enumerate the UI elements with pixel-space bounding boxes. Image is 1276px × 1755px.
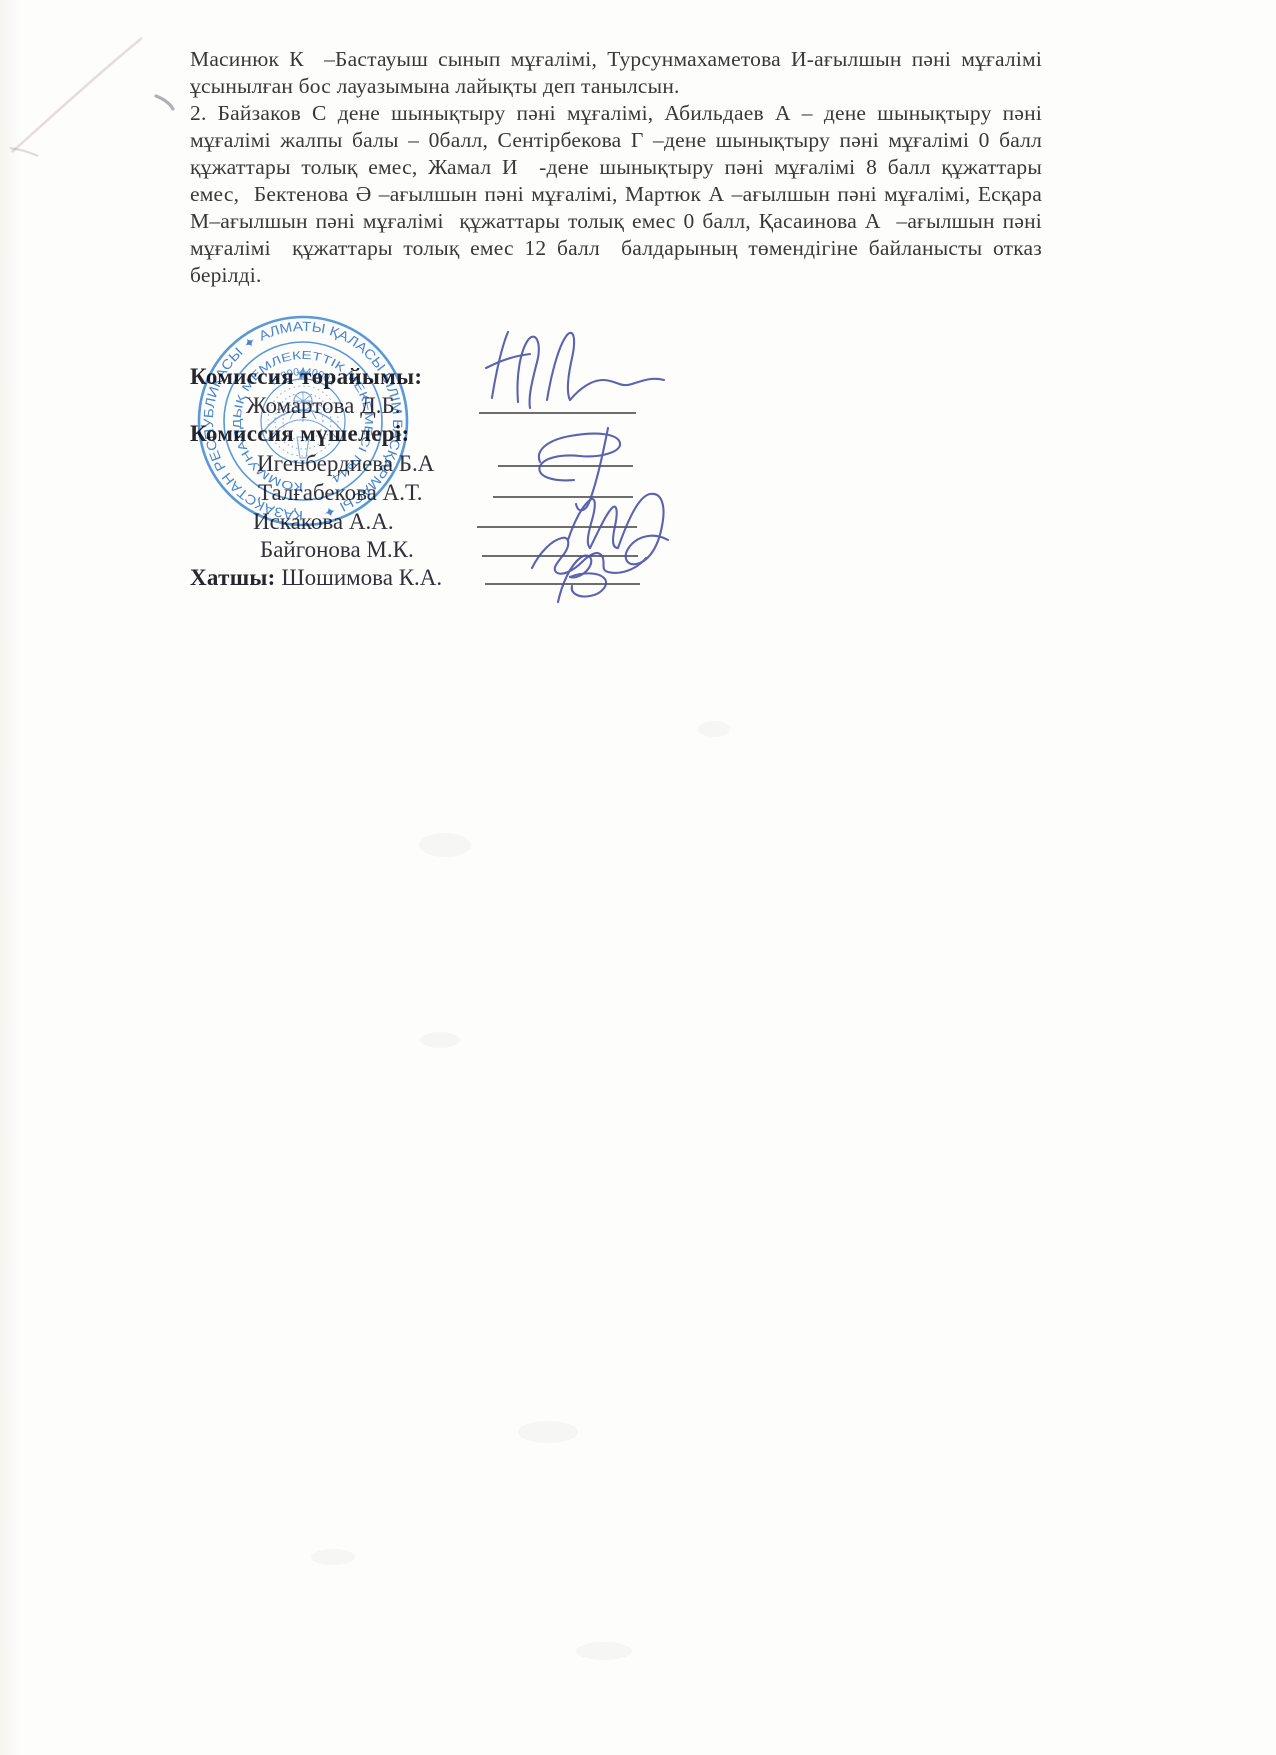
paragraph-line: 2. Байзаков С дене шынықтыру пәні мұғалі… (190, 100, 1042, 127)
commission-members-label: Комиссия мүшелері: (190, 421, 410, 447)
commission-member-name: Игенбердиева Б.А (257, 451, 434, 477)
pen-check-mark (156, 96, 173, 109)
commission-member-name: Талғабекова А.Т. (258, 480, 423, 506)
scan-crease-mark (12, 38, 142, 152)
ink-signature-member-3 (532, 538, 646, 574)
commission-secretary-label: Хатшы: (190, 565, 276, 590)
scanned-document-page: Масинюк К –Бастауыш сынып мұғалімі, Турс… (0, 0, 1276, 1755)
scan-smudges (311, 721, 730, 1660)
paragraph-line: берілді. (190, 262, 1042, 289)
commission-chair-name: Жомартова Д.Б. (246, 393, 400, 419)
paragraph-line: ұсынылған бос лауазымына лайықты деп тан… (190, 73, 1042, 100)
paragraph-line: М–ағылшын пәні мұғалімі құжаттары толық … (190, 208, 1042, 235)
commission-member-name: Байгонова М.К. (260, 537, 414, 563)
signature-lines (477, 413, 640, 584)
ink-signature-member-2 (568, 494, 668, 564)
paragraph-line: мұғалімі жалпы балы – 0балл, Сентірбеков… (190, 127, 1042, 154)
paragraph-line: құжаттары толық емес, Жамал И -дене шыны… (190, 154, 1042, 181)
commission-secretary-row: Хатшы: Шошимова К.А. (190, 565, 442, 591)
signature-area (440, 300, 750, 640)
paragraph-line: Масинюк К –Бастауыш сынып мұғалімі, Турс… (190, 46, 1042, 73)
ink-signature-secretary (558, 556, 606, 602)
paragraph-line: мұғалімі құжаттары толық емес 12 балл ба… (190, 235, 1042, 262)
scan-edge-mark (10, 148, 38, 156)
commission-member-name: Искакова А.А. (253, 509, 394, 535)
body-paragraph: Масинюк К –Бастауыш сынып мұғалімі, Турс… (190, 46, 1042, 289)
ink-signature-member-1 (539, 428, 620, 510)
paragraph-line: емес, Бектенова Ә –ағылшын пәні мұғалімі… (190, 181, 1042, 208)
commission-chair-label: Комиссия төрайымы: (190, 364, 422, 390)
commission-secretary-name: Шошимова К.А. (276, 565, 443, 590)
ink-signature-chair (486, 332, 664, 408)
